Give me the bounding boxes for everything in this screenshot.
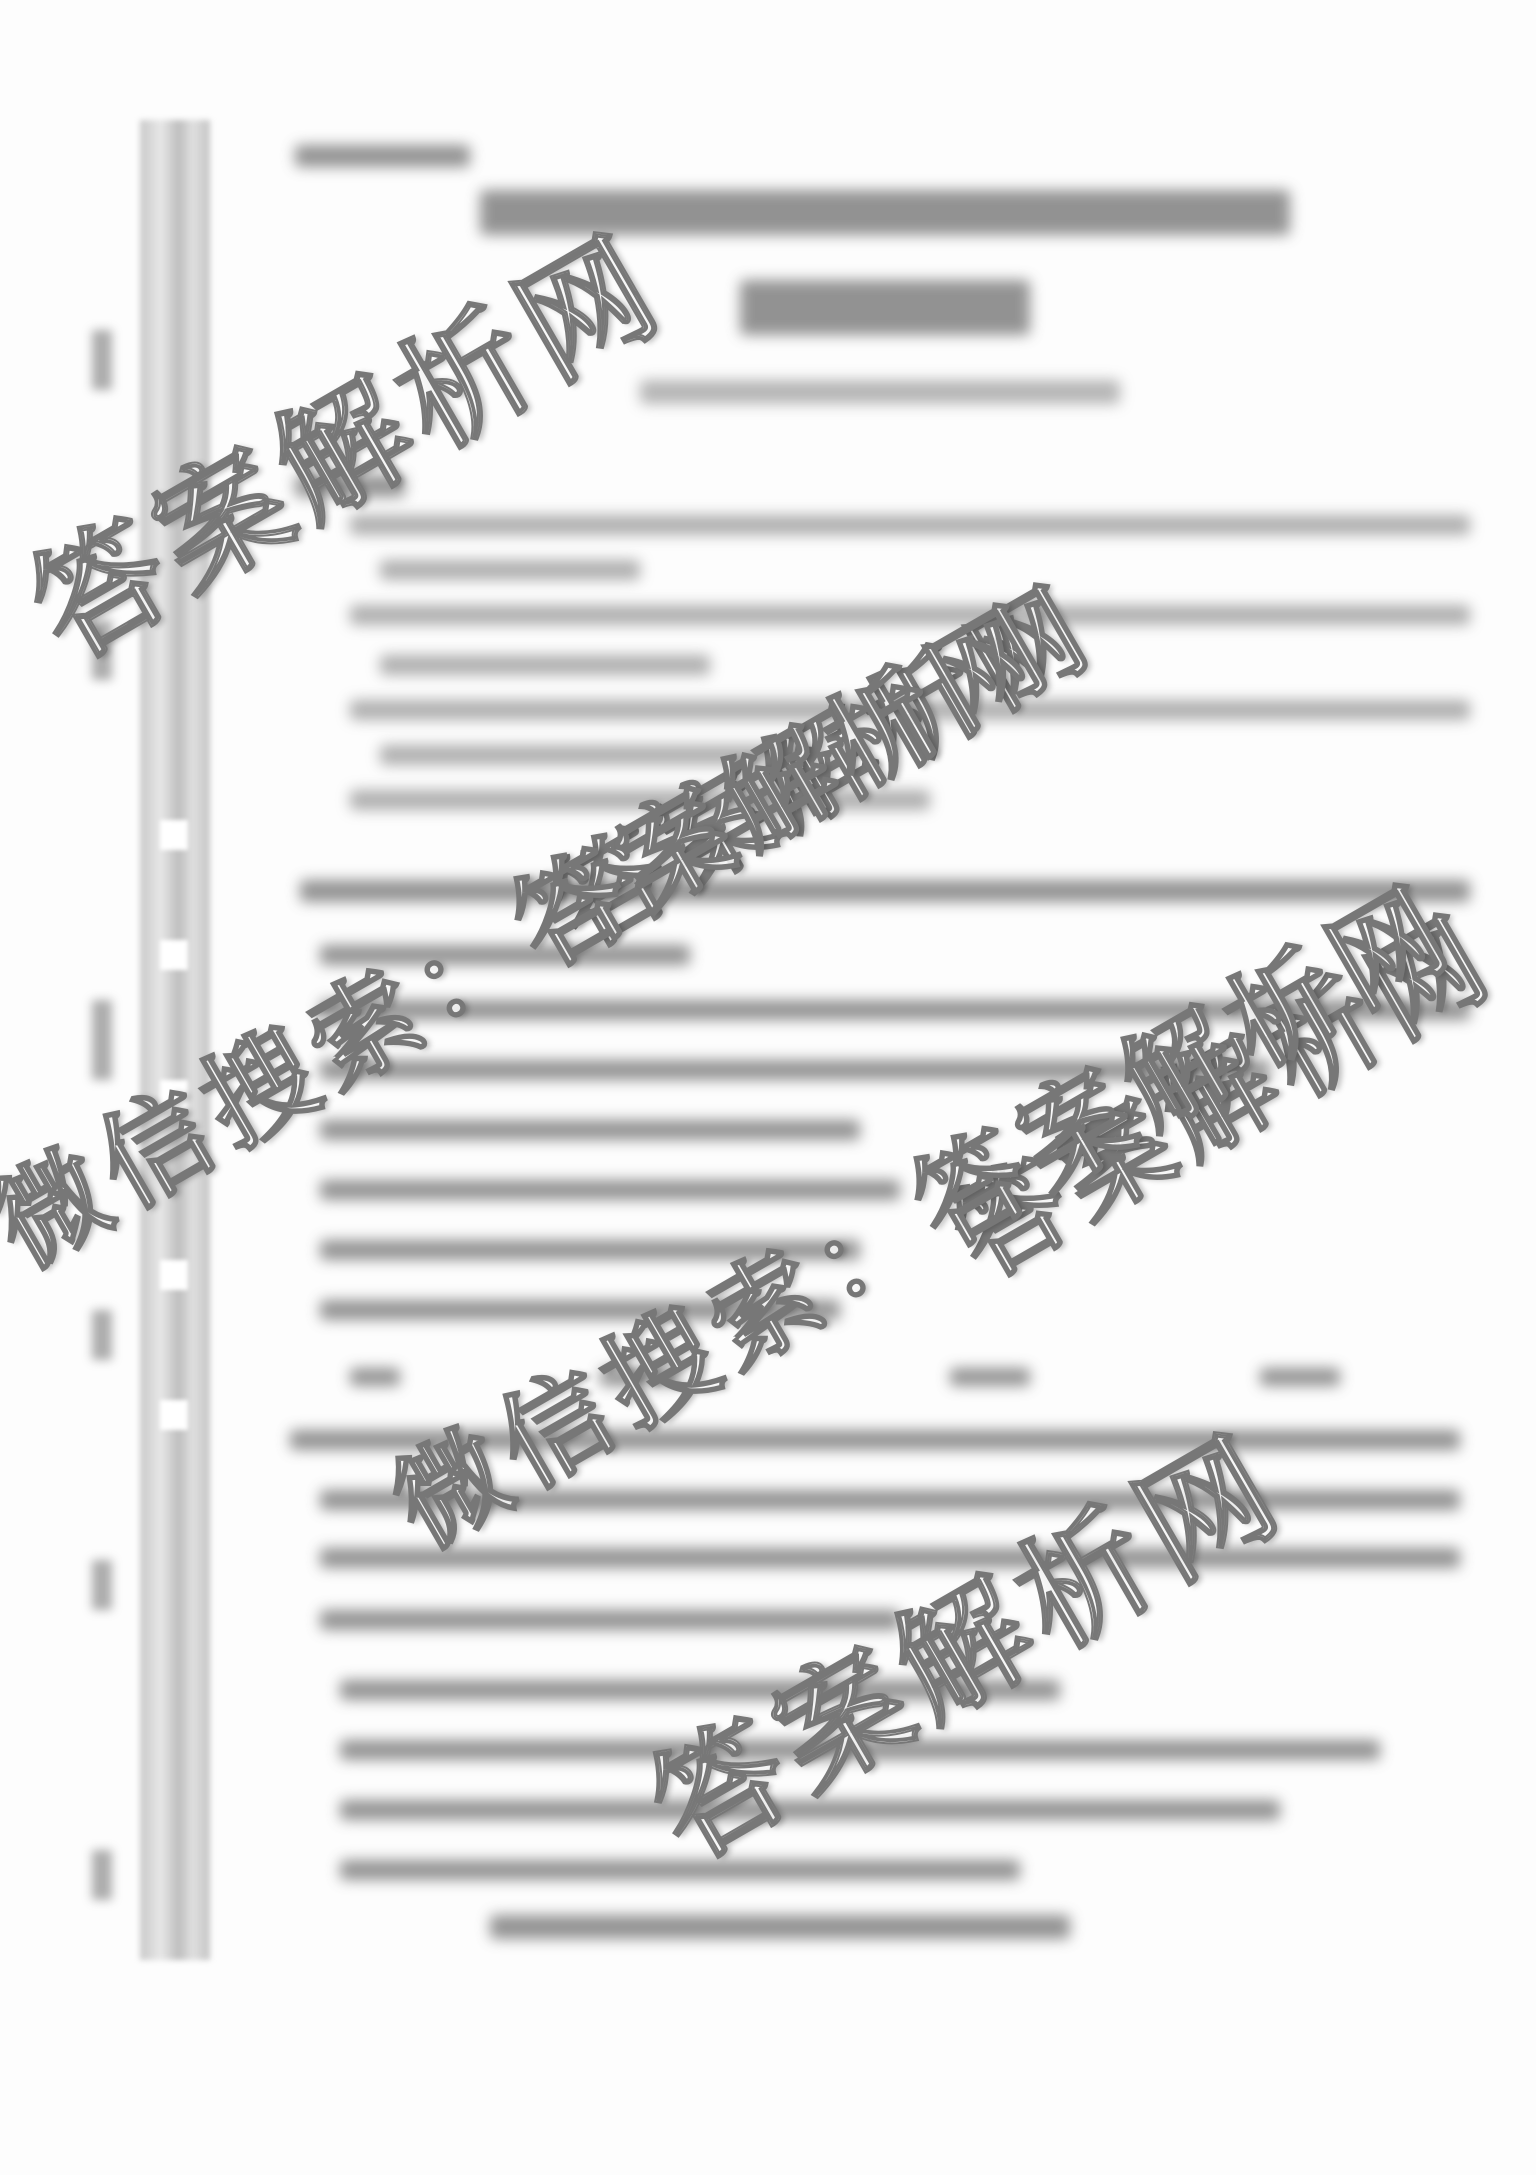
binding-label (92, 330, 112, 390)
subject-title (740, 280, 1030, 335)
binding-label (92, 1560, 112, 1610)
instruction-line (350, 515, 1470, 535)
instruction-line (380, 655, 710, 675)
binding-gap (160, 1260, 188, 1290)
answer-choice (1260, 1368, 1340, 1386)
option-line (340, 1860, 1020, 1880)
binding-gap (160, 820, 188, 850)
page-footer (490, 1915, 1070, 1939)
header-tag (295, 145, 470, 167)
binding-label (92, 1000, 112, 1080)
binding-gap (160, 1400, 188, 1430)
exam-note (640, 380, 1120, 404)
binding-label (92, 1310, 112, 1360)
option-line (320, 1120, 860, 1140)
binding-gap (160, 940, 188, 970)
answer-choice (350, 1368, 400, 1386)
instruction-line (380, 560, 640, 580)
answer-choice (950, 1368, 1030, 1386)
binding-label (92, 1850, 112, 1900)
